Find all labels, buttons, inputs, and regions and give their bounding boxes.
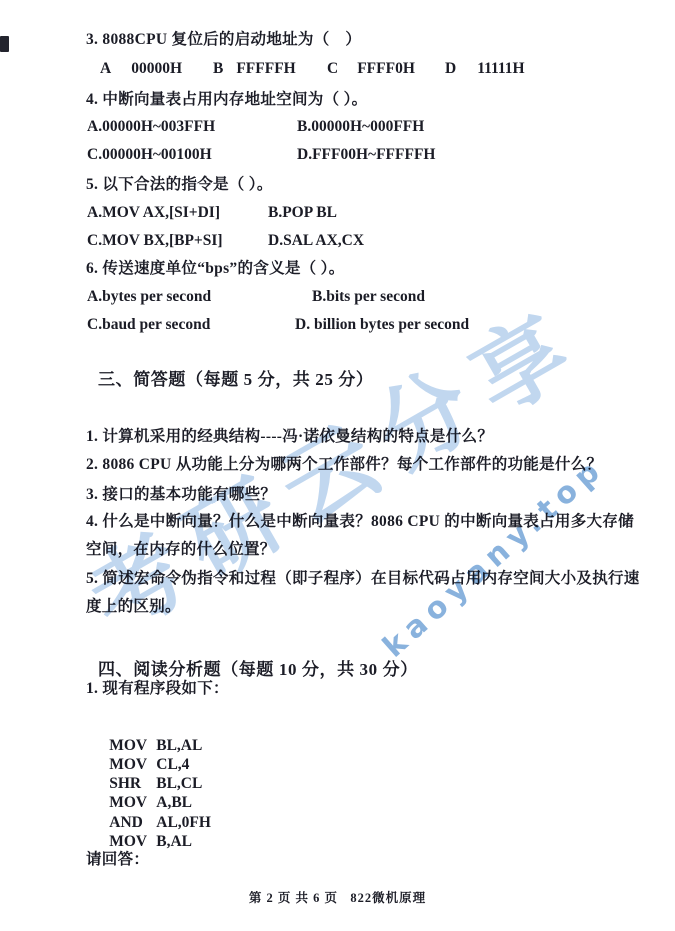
option-5c: C.MOV BX,[BP+SI] [87,232,223,250]
question-stem-4: 4. 中断向量表占用内存地址空间为（ ）。 [86,90,367,110]
option-value: FFFF0H [357,60,415,78]
option-4c: C.00000H~00100H [87,146,212,164]
option-label: C [327,60,338,78]
question-stem-3: 3. 8088CPU 复位后的启动地址为（ ） [86,30,361,50]
option-label: A [100,60,111,78]
option-6d: D. billion bytes per second [295,316,469,334]
option-3d: D 11111H [445,60,525,78]
option-value: 11111H [477,60,524,78]
section3-heading: 三、简答题（每题 5 分，共 25 分） [98,365,374,390]
option-3b: B FFFFFH [213,60,296,78]
page-footer: 第 2 页 共 6 页 822微机原理 [0,888,675,906]
option-3c: C FFFF0H [327,60,415,78]
option-6c: C.baud per second [87,316,210,334]
question-stem-5: 5. 以下合法的指令是（ ）。 [86,175,273,195]
section4-heading: 四、阅读分析题（每题 10 分，共 30 分） [98,655,418,680]
section3-q4: 4. 什么是中断向量？什么是中断向量表？8086 CPU 的中断向量表占用多大存… [86,508,646,564]
option-5d: D.SAL AX,CX [268,232,364,250]
option-label: D [445,60,456,78]
question-stem-6: 6. 传送速度单位“bps”的含义是（ ）。 [86,259,345,279]
option-value: 00000H [131,60,182,78]
option-value: FFFFFH [236,60,295,78]
section3-q5: 5. 简述宏命令伪指令和过程（即子程序）在目标代码占用内存空间大小及执行速度上的… [86,565,646,621]
option-6b: B.bits per second [312,288,425,306]
option-5b: B.POP BL [268,204,337,222]
section3-q3: 3. 接口的基本功能有哪些？ [86,485,276,505]
option-4d: D.FFF00H~FFFFFH [297,146,436,164]
option-label: B [213,60,223,78]
section3-q2: 2. 8086 CPU 从功能上分为哪两个工作部件？每个工作部件的功能是什么？ [86,455,602,475]
answer-prompt: 请回答： [86,850,149,870]
code-operands: B,AL [156,833,192,850]
exam-paper-page: 3. 8088CPU 复位后的启动地址为（ ） A 00000H B FFFFF… [0,0,675,931]
option-4b: B.00000H~000FFH [297,118,424,136]
section4-intro: 1. 现有程序段如下： [86,679,229,699]
section3-q1: 1. 计算机采用的经典结构----冯·诺依曼结构的特点是什么？ [86,427,493,447]
option-3a: A 00000H [100,60,182,78]
code-mnemonic: MOV [109,833,156,851]
option-4a: A.00000H~003FFH [87,118,215,136]
scan-artifact [0,36,9,52]
option-5a: A.MOV AX,[SI+DI] [87,204,220,222]
option-6a: A.bytes per second [87,288,211,306]
